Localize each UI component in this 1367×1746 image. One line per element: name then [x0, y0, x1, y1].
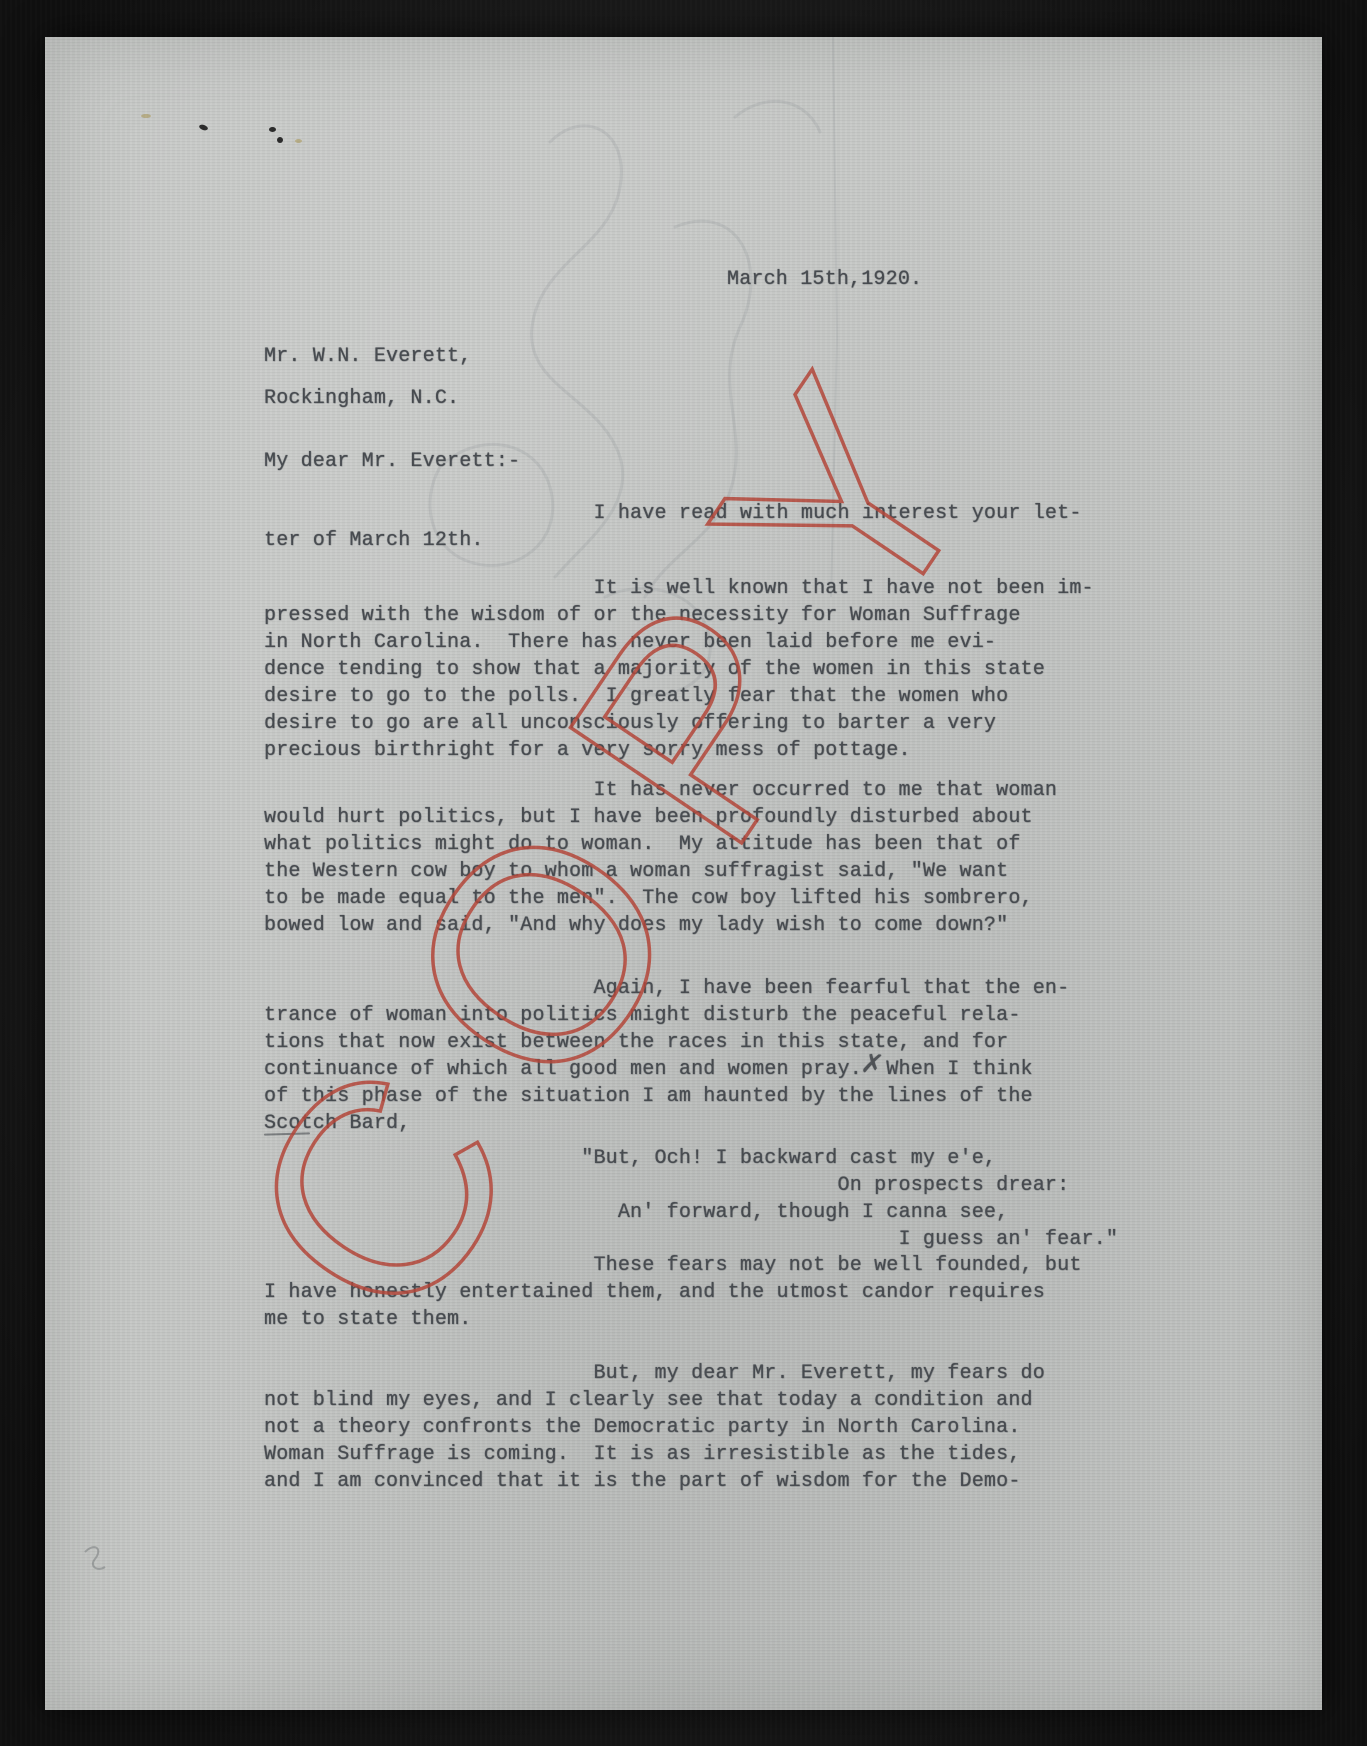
typed-line: These fears may not be well founded, but	[264, 1252, 1082, 1279]
typed-line: not blind my eyes, and I clearly see tha…	[264, 1387, 1045, 1414]
photo-background: March 15th,1920. Mr. W.N. Everett,Rockin…	[0, 0, 1367, 1746]
typed-line: continuance of which all good men and wo…	[264, 1056, 1069, 1083]
date-line: March 15th,1920.	[727, 266, 922, 293]
ink-speck	[277, 137, 283, 143]
quoted-verse: "But, Och! I backward cast my e'e, On pr…	[264, 1145, 1118, 1253]
salutation: My dear Mr. Everett:-	[264, 448, 520, 475]
typed-line: tions that now exist between the races i…	[264, 1029, 1069, 1056]
paper-stain	[141, 114, 151, 118]
typed-line: pressed with the wisdom of or the necess…	[264, 602, 1094, 629]
typed-line: I have read with much interest your let-	[264, 500, 1082, 527]
pencil-x-mark: ✗	[859, 1048, 886, 1082]
typed-line: what politics might do to woman. My atti…	[264, 831, 1057, 858]
typed-line: the Western cow boy to whom a woman suff…	[264, 858, 1057, 885]
typed-line: Rockingham, N.C.	[264, 378, 471, 420]
paragraph-6: But, my dear Mr. Everett, my fears donot…	[264, 1360, 1045, 1495]
ink-speck	[269, 127, 276, 132]
typed-line: Again, I have been fearful that the en-	[264, 975, 1069, 1002]
typed-line: Mr. W.N. Everett,	[264, 336, 471, 378]
typed-line: desire to go are all unconsciously offer…	[264, 710, 1094, 737]
typed-line: to be made equal to the men". The cow bo…	[264, 885, 1057, 912]
typed-line: in North Carolina. There has never been …	[264, 629, 1094, 656]
typed-line: An' forward, though I canna see,	[264, 1199, 1118, 1226]
typed-line: would hurt politics, but I have been pro…	[264, 804, 1057, 831]
typed-line: me to state them.	[264, 1306, 1082, 1333]
typed-line: not a theory confronts the Democratic pa…	[264, 1414, 1045, 1441]
typed-line: Scotch Bard,	[264, 1110, 1069, 1137]
typed-line: ter of March 12th.	[264, 527, 1082, 554]
typed-line: bowed low and said, "And why does my lad…	[264, 912, 1057, 939]
paragraph-2: It is well known that I have not been im…	[264, 575, 1094, 764]
typed-line: desire to go to the polls. I greatly fea…	[264, 683, 1094, 710]
typed-line: dence tending to show that a majority of…	[264, 656, 1094, 683]
paragraph-5: These fears may not be well founded, but…	[264, 1252, 1082, 1333]
typed-line: precious birthright for a very sorry mes…	[264, 737, 1094, 764]
paragraph-4: Again, I have been fearful that the en-t…	[264, 975, 1069, 1137]
ink-speck	[198, 124, 208, 132]
paragraph-1: I have read with much interest your let-…	[264, 500, 1082, 554]
typed-line: "But, Och! I backward cast my e'e,	[264, 1145, 1118, 1172]
typed-line: I guess an' fear."	[264, 1226, 1118, 1253]
paper-stain	[295, 139, 302, 143]
typed-line: It has never occurred to me that woman	[264, 777, 1057, 804]
typed-line: I have honestly entertained them, and th…	[264, 1279, 1082, 1306]
letter-page: March 15th,1920. Mr. W.N. Everett,Rockin…	[45, 37, 1322, 1710]
typed-line: of this phase of the situation I am haun…	[264, 1083, 1069, 1110]
recipient-address: Mr. W.N. Everett,Rockingham, N.C.	[264, 336, 471, 420]
typed-line: Woman Suffrage is coming. It is as irres…	[264, 1441, 1045, 1468]
typed-line: and I am convinced that it is the part o…	[264, 1468, 1045, 1495]
typed-line: It is well known that I have not been im…	[264, 575, 1094, 602]
typed-line: trance of woman into politics might dist…	[264, 1002, 1069, 1029]
typed-line: But, my dear Mr. Everett, my fears do	[264, 1360, 1045, 1387]
paragraph-3: It has never occurred to me that womanwo…	[264, 777, 1057, 939]
typed-line: On prospects drear:	[264, 1172, 1118, 1199]
